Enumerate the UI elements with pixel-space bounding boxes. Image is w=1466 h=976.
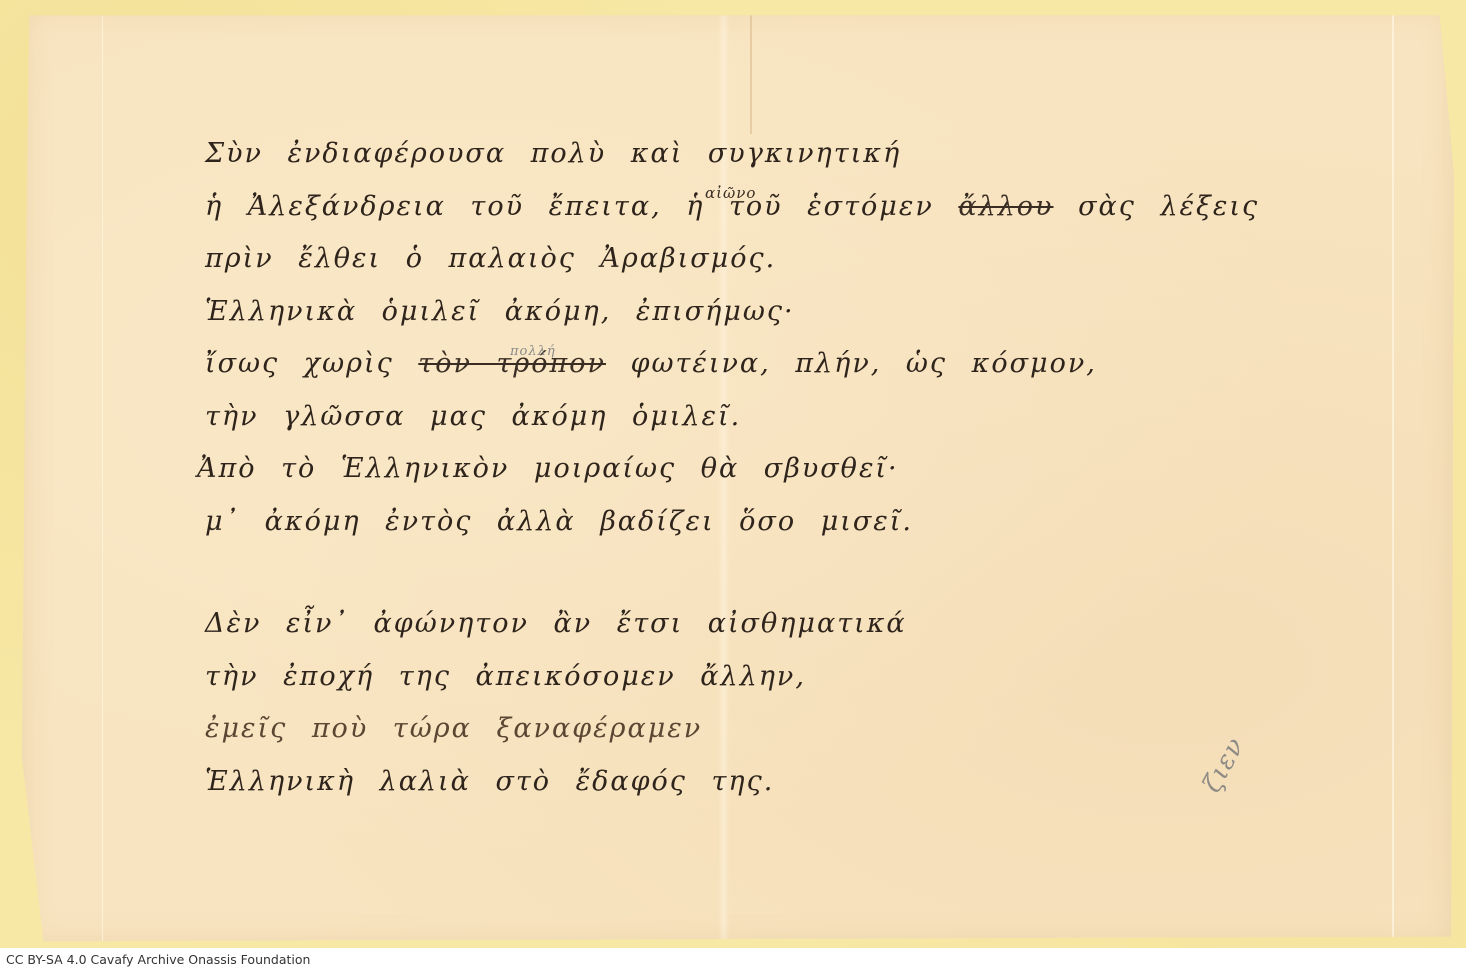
line-text: μ᾽ ἀκόμη ἐντὸς ἀλλὰ βαδίζει ὅσο μισεῖ. (205, 506, 913, 537)
line-text: τὴν γλῶσσα μας ἀκόμη ὁμιλεῖ. (205, 401, 741, 432)
manuscript-line: ἐμεῖς ποὺ τώρα ξαναφέραμεν (205, 703, 907, 756)
manuscript-line: Δὲν εἶν᾽ ἀφώνητον ἂν ἔτσι αἰσθηματικά (205, 598, 907, 651)
manuscript-line: πολλή ἴσως χωρὶς τὸν τρόπον φωτέινα, πλή… (205, 338, 1259, 391)
manuscript-line: Ἀπὸ τὸ Ἑλληνικὸν μοιραίως θὰ σβυσθεῖ· (197, 443, 1259, 496)
line-text: Ἀπὸ τὸ Ἑλληνικὸν μοιραίως θὰ σβυσθεῖ· (197, 453, 899, 484)
fold-line (1392, 14, 1394, 944)
line-text: ἡ Ἀλεξάνδρεια τοῦ ἔπειτα, ἡ τοῦ ἑστόμεν (205, 191, 934, 222)
fold-line (750, 14, 752, 134)
line-text: τὴν ἐποχή της ἀπεικόσομεν ἄλλην, (205, 661, 806, 692)
license-credit: CC BY-SA 4.0 Cavafy Archive Onassis Foun… (6, 952, 310, 967)
manuscript-line: τὴν ἐποχή της ἀπεικόσομεν ἄλλην, (205, 651, 907, 704)
line-text: Δὲν εἶν᾽ ἀφώνητον ἂν ἔτσι αἰσθηματικά (205, 608, 907, 639)
line-text: πρὶν ἔλθει ὁ παλαιὸς Ἀραβισμός. (205, 243, 776, 274)
manuscript-line: αἰῶνο ἡ Ἀλεξάνδρεια τοῦ ἔπειτα, ἡ τοῦ ἑσ… (205, 181, 1259, 234)
manuscript-line: Ἑλληνικὴ λαλιὰ στὸ ἔδαφός της. (205, 756, 907, 809)
interlinear-insertion: αἰῶνο (705, 167, 756, 219)
fold-line (102, 14, 103, 944)
stanza-1: Σὺν ἐνδιαφέρουσα πολὺ καὶ συγκινητική αἰ… (205, 128, 1259, 548)
struck-word: ἄλλου (958, 191, 1053, 222)
manuscript-line: πρὶν ἔλθει ὁ παλαιὸς Ἀραβισμός. (205, 233, 1259, 286)
line-text: Ἑλληνικὴ λαλιὰ στὸ ἔδαφός της. (205, 766, 774, 797)
pencil-insertion: πολλή (510, 326, 556, 378)
manuscript-line: μ᾽ ἀκόμη ἐντὸς ἀλλὰ βαδίζει ὅσο μισεῖ. (205, 496, 1259, 549)
line-text: ἐμεῖς ποὺ τώρα ξαναφέραμεν (205, 713, 702, 744)
line-text: ἴσως χωρὶς (205, 348, 394, 379)
scan-background: Σὺν ἐνδιαφέρουσα πολὺ καὶ συγκινητική αἰ… (0, 0, 1466, 948)
line-text: Σὺν ἐνδιαφέρουσα πολὺ καὶ συγκινητική (205, 138, 901, 169)
line-text: φωτέινα, πλήν, ὡς κόσμον, (631, 348, 1097, 379)
line-text: σὰς λέξεις (1078, 191, 1259, 222)
manuscript-line: τὴν γλῶσσα μας ἀκόμη ὁμιλεῖ. (205, 391, 1259, 444)
line-text: Ἑλληνικὰ ὁμιλεῖ ἀκόμη, ἐπισήμως· (205, 296, 795, 327)
manuscript-line: Ἑλληνικὰ ὁμιλεῖ ἀκόμη, ἐπισήμως· (205, 286, 1259, 339)
stanza-2: Δὲν εἶν᾽ ἀφώνητον ἂν ἔτσι αἰσθηματικά τὴ… (205, 598, 907, 808)
